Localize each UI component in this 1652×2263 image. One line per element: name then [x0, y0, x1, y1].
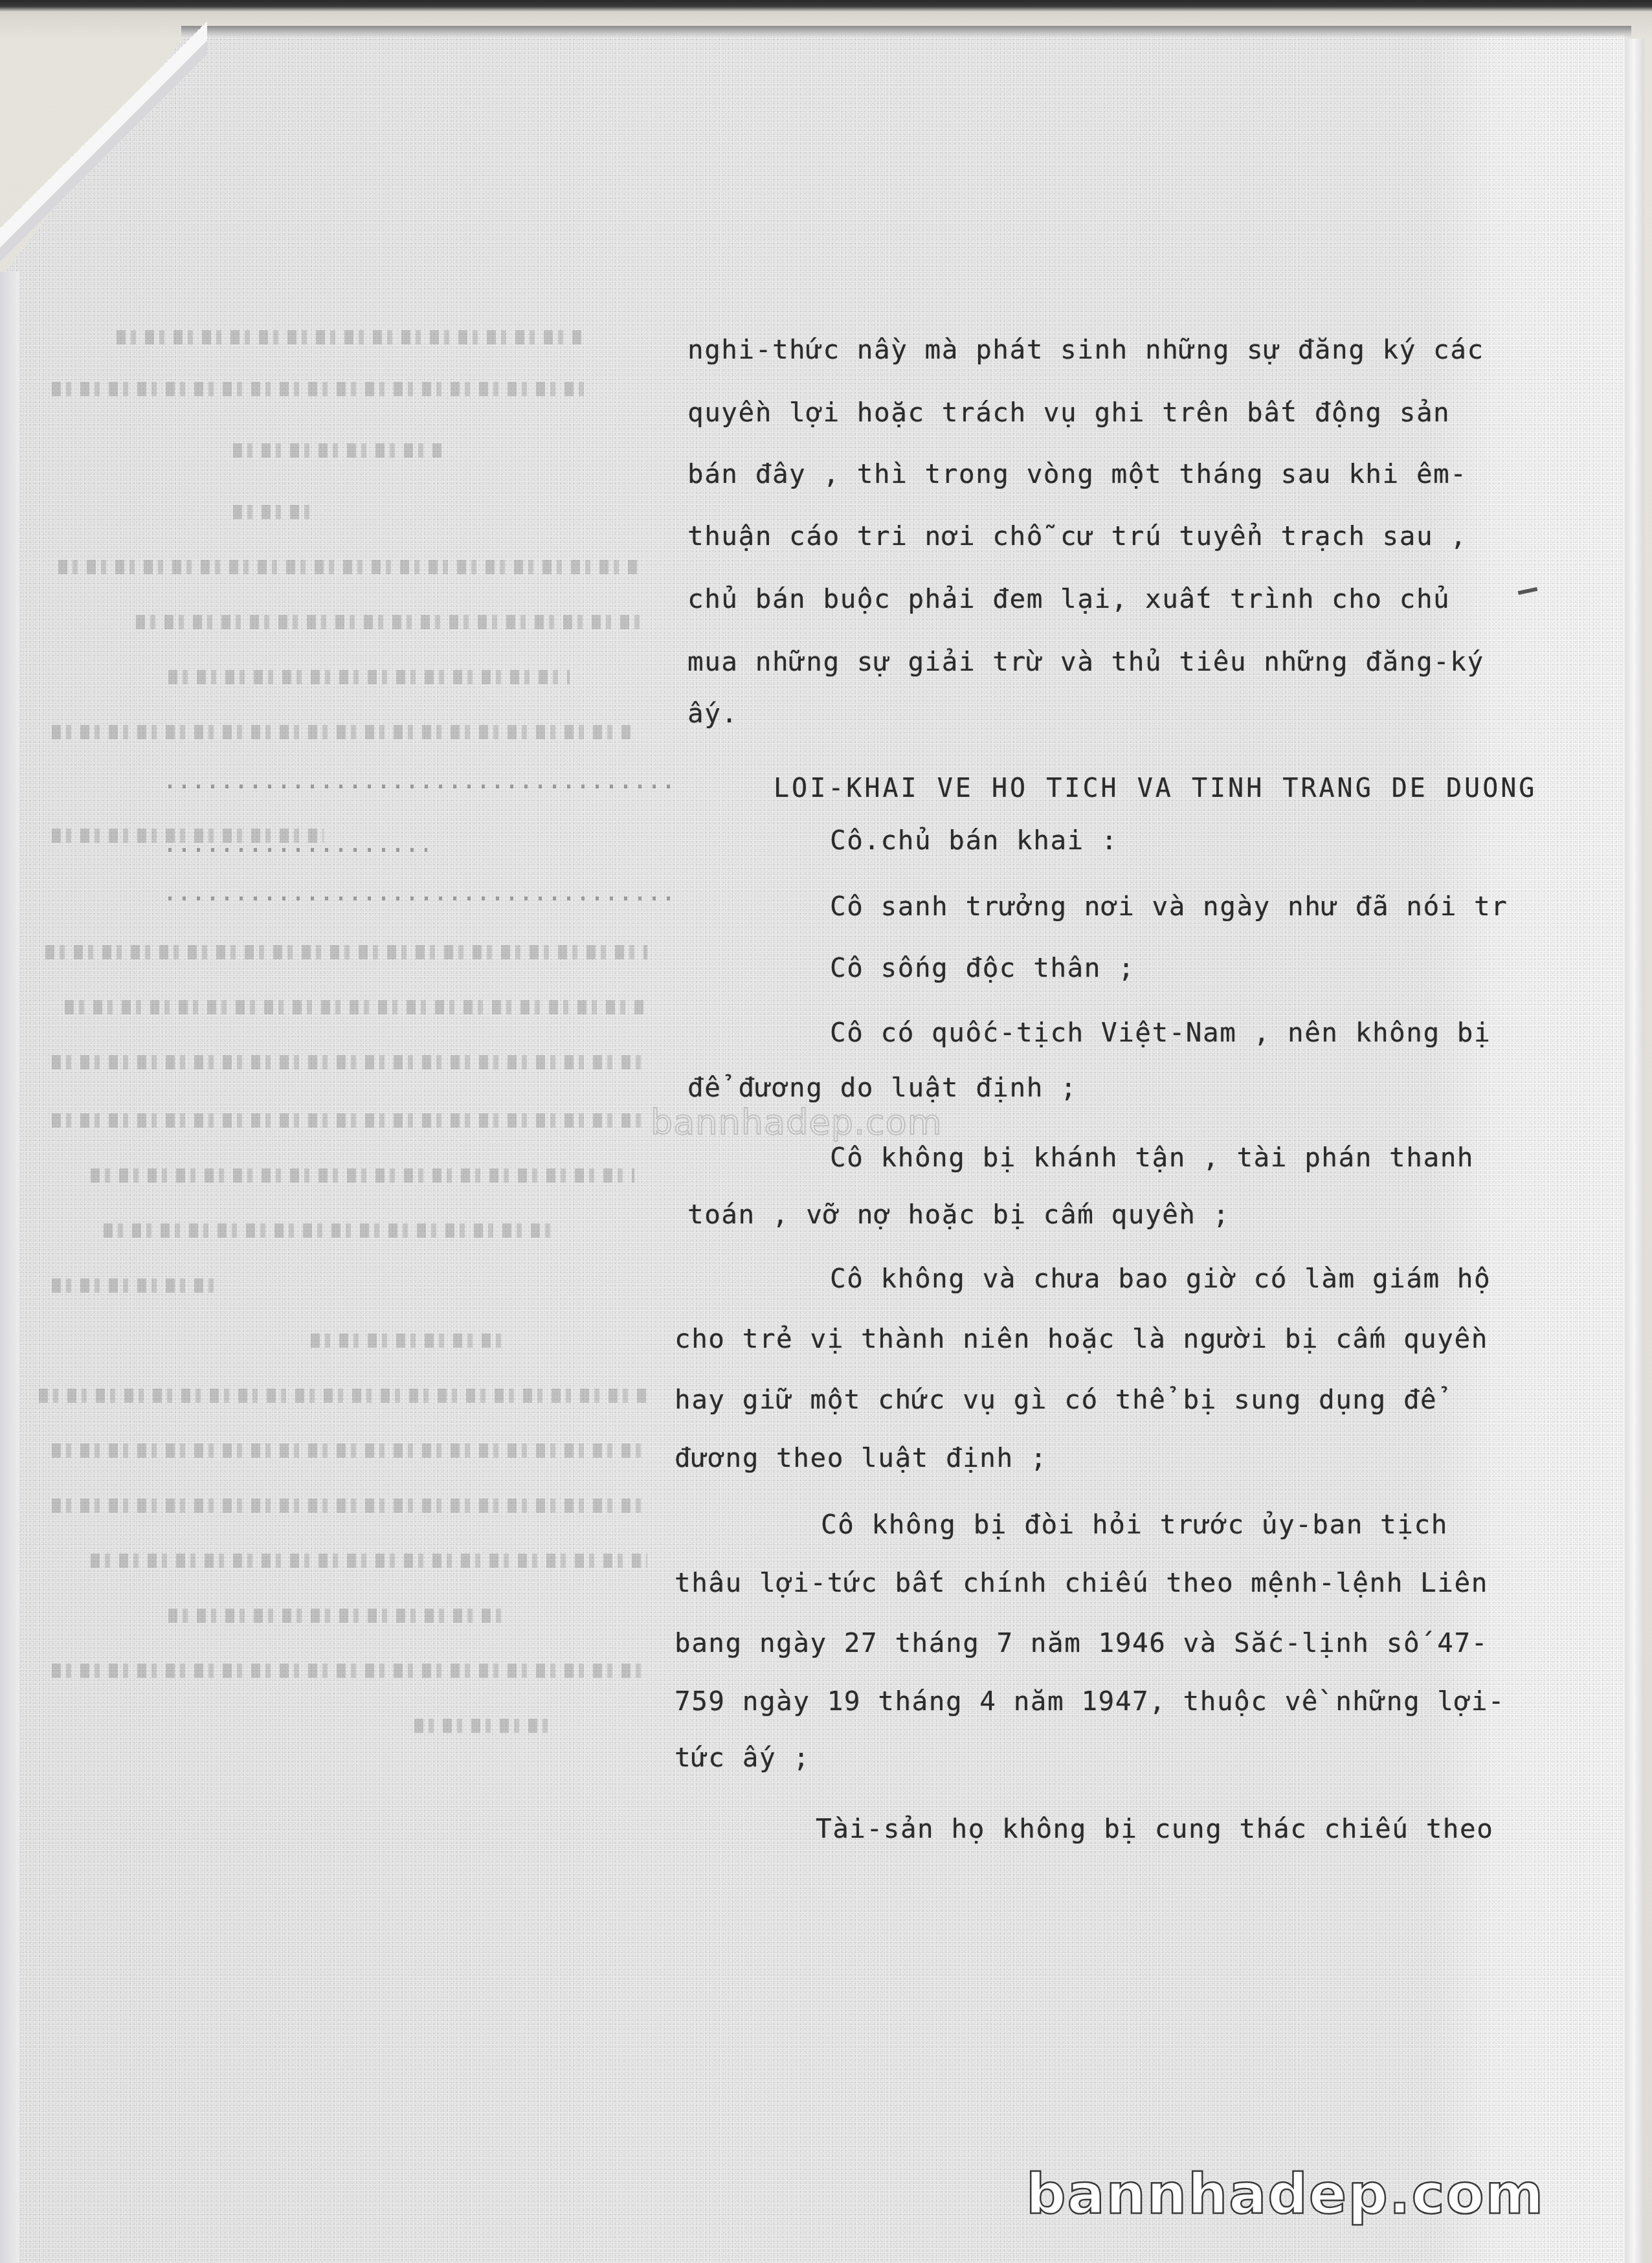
body-line: chủ bán buộc phải đem lại, xuất trình ch… — [687, 586, 1450, 612]
watermark-inline: bannhadep.com — [651, 1102, 942, 1143]
declaration-line: 759 ngày 19 tháng 4 năm 1947, thuộc về n… — [675, 1688, 1505, 1715]
body-line: ấy. — [687, 700, 739, 727]
declaration-line: tức ấy ; — [675, 1745, 810, 1771]
declaration-line: bang ngày 27 tháng 7 năm 1946 và Sắc-lịn… — [675, 1630, 1488, 1656]
declaration-line: thâu lợi-tức bất chính chiếu theo mệnh-l… — [675, 1570, 1488, 1596]
declaration-line: để đương do luật định ; — [687, 1075, 1077, 1101]
declaration-line: cho trẻ vị thành niên hoặc là người bị c… — [675, 1326, 1488, 1352]
declaration-line: Cô sống độc thân ; — [830, 955, 1135, 981]
declaration-line: Cô sanh trưởng nơi và ngày như đã nói tr — [830, 893, 1508, 920]
declaration-line: Cô không bị đòi hỏi trước ủy-ban tịch — [821, 1511, 1448, 1538]
body-line: nghi-thức nầy mà phát sinh những sự đăng… — [687, 337, 1484, 363]
scanned-document: nghi-thức nầy mà phát sinh những sự đăng… — [0, 0, 1652, 2263]
declaration-line: Cô có quốc-tịch Việt-Nam , nên không bị — [830, 1020, 1491, 1046]
body-line: thuận cáo tri nơi chỗ cư trú tuyển trạch… — [687, 523, 1467, 550]
declaration-line: Tài-sản họ không bị cung thác chiếu theo — [816, 1816, 1493, 1842]
declaration-line: Cô không bị khánh tận , tài phán thanh — [830, 1144, 1474, 1171]
declaration-line: Cô.chủ bán khai : — [830, 827, 1118, 854]
body-line: quyền lợi hoặc trách vụ ghi trên bất độn… — [687, 399, 1450, 426]
watermark-footer: bannhadep.com — [1026, 2162, 1545, 2227]
declaration-line: hay giữ một chức vụ gì có thể bị sung dụ… — [675, 1387, 1437, 1413]
declaration-line: đương theo luật định ; — [675, 1445, 1047, 1471]
section-heading: LOI-KHAI VE HO TICH VA TINH TRANG DE DUO… — [774, 775, 1537, 801]
declaration-line: Cô không và chưa bao giờ có làm giám hộ — [830, 1265, 1491, 1292]
body-line: mua những sự giải trừ và thủ tiêu những … — [687, 649, 1484, 675]
body-line: bán đây , thì trong vòng một tháng sau k… — [687, 461, 1467, 487]
declaration-line: toán , vỡ nợ hoặc bị cấm quyền ; — [687, 1201, 1230, 1228]
